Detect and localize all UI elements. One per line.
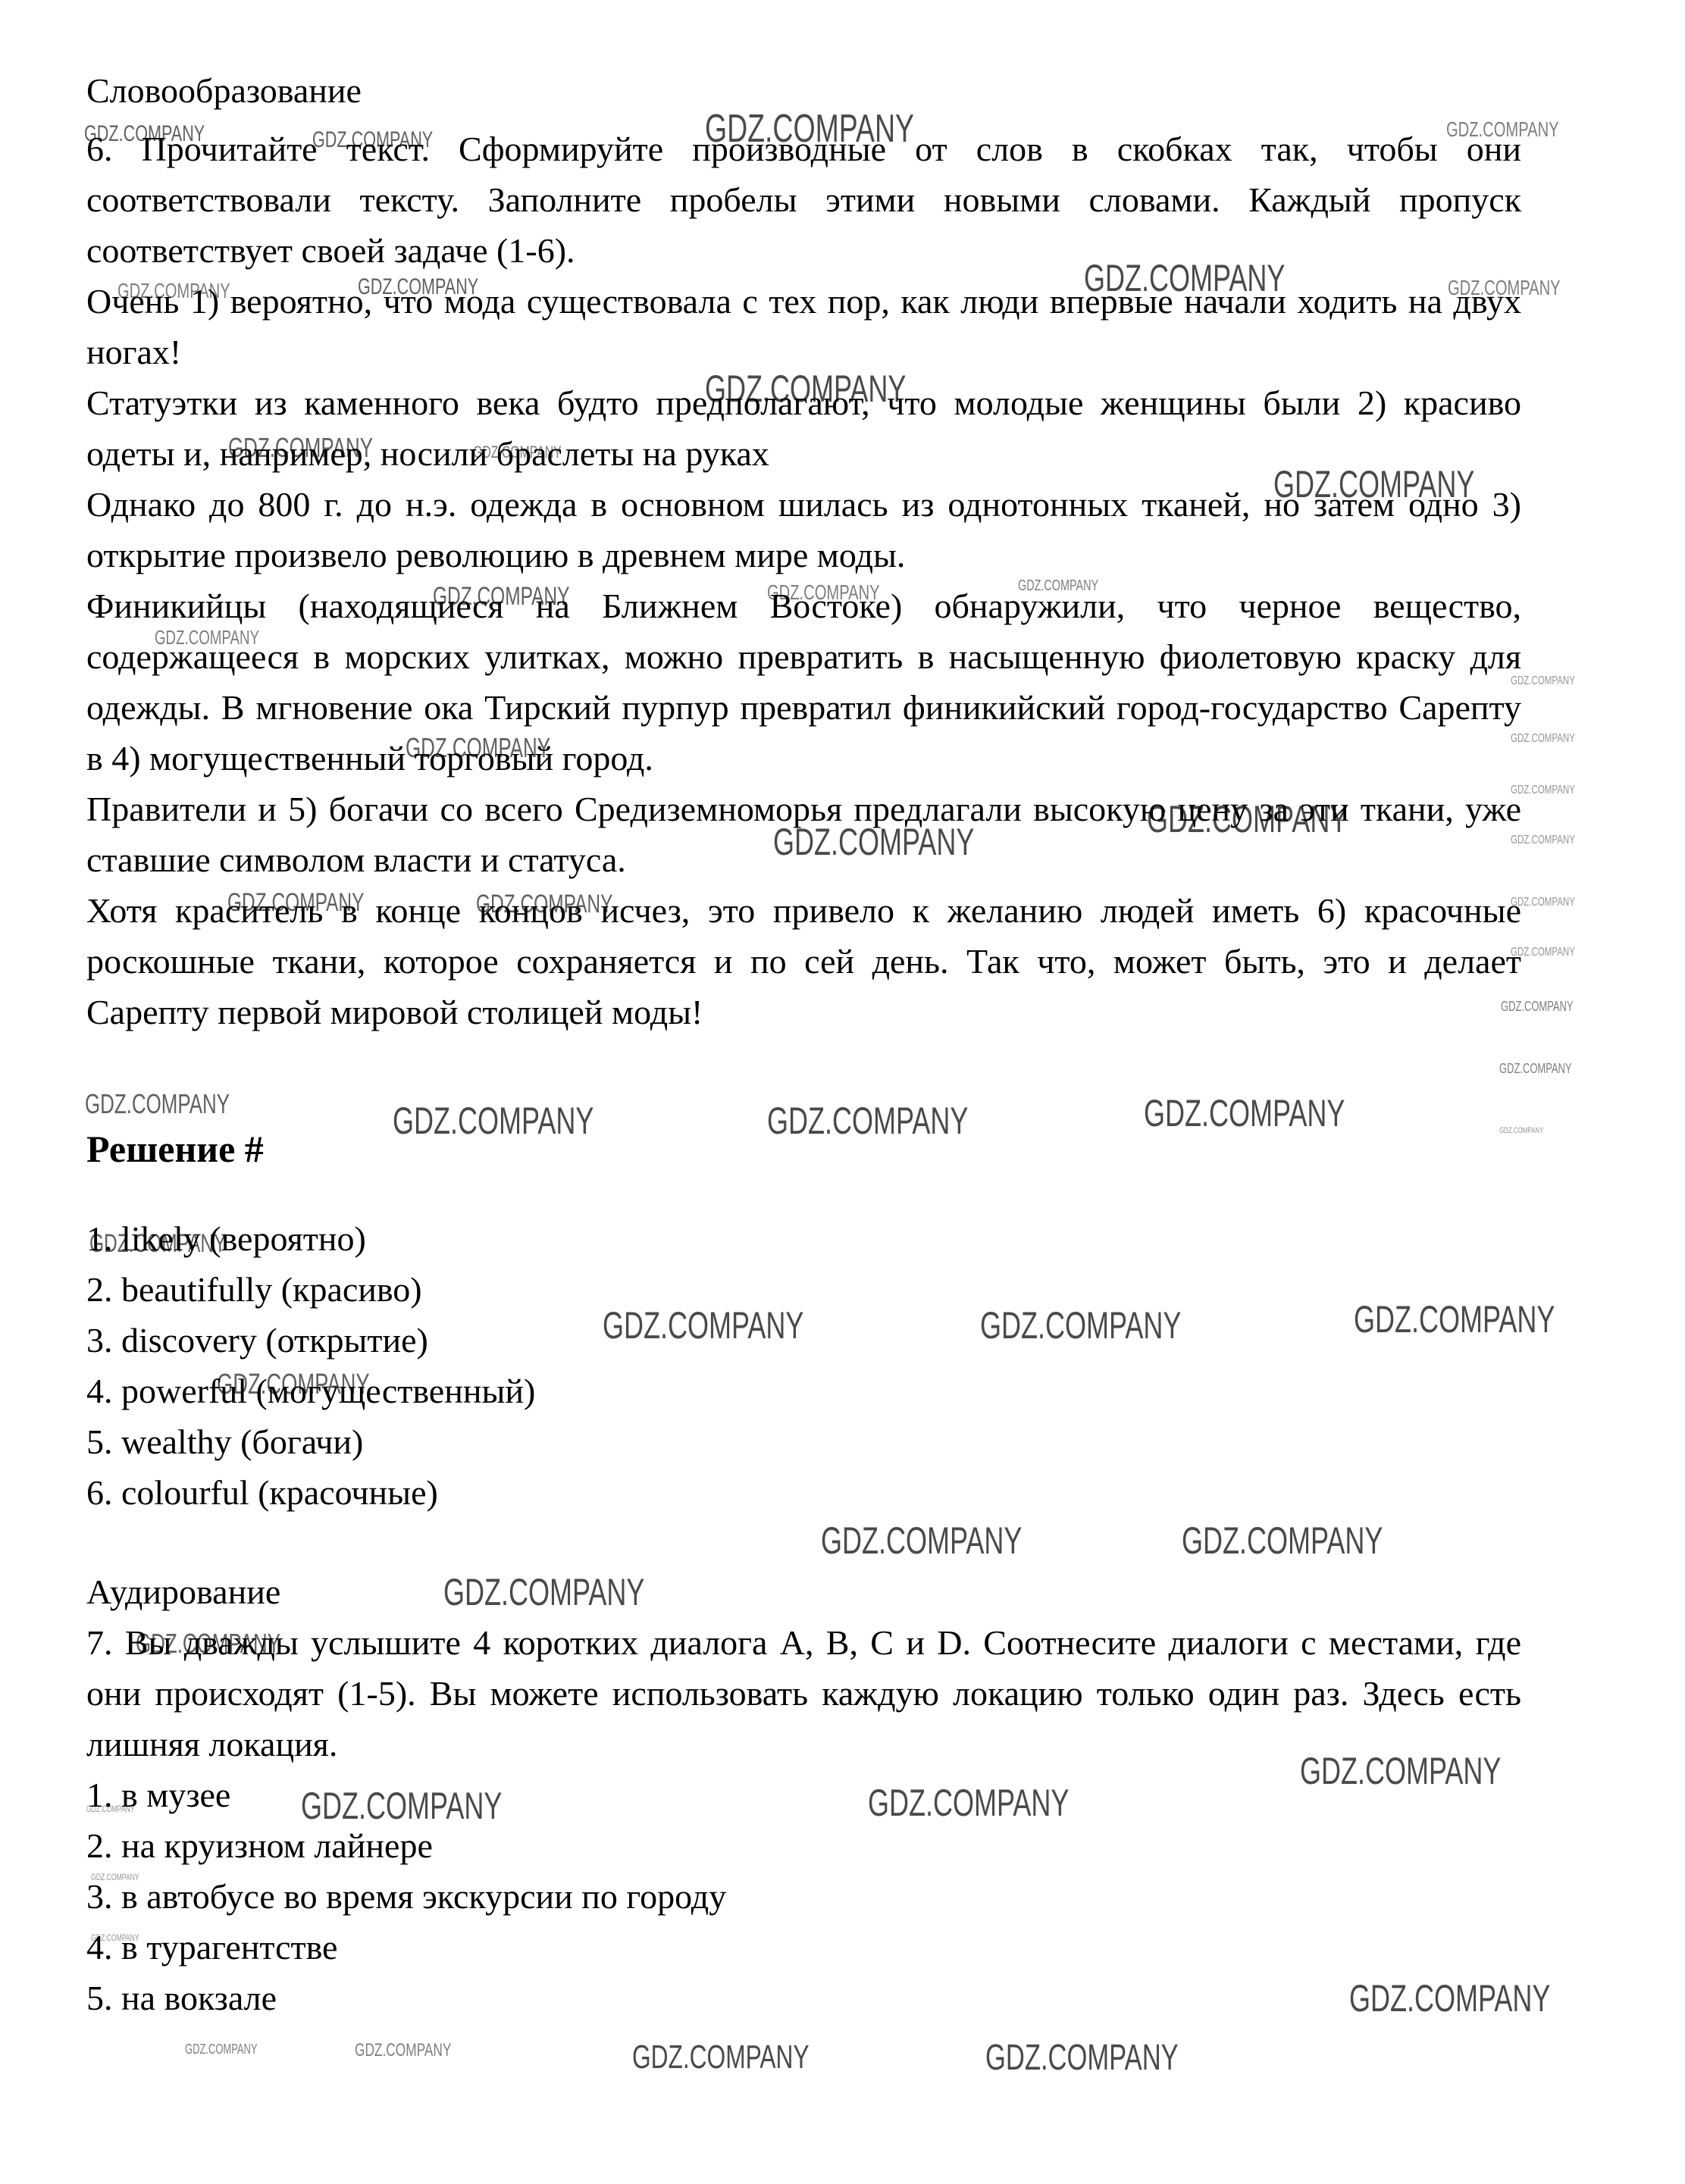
listening-option: 1. в музее [86, 1769, 1521, 1820]
listening-option: 4. в турагентстве [86, 1922, 1521, 1973]
task6-paragraph: Однако до 800 г. до н.э. одежда в основн… [86, 479, 1521, 580]
task6-paragraph: Финикийцы (находящиеся на Ближнем Восток… [86, 580, 1521, 784]
solution-header: Решение # [86, 1122, 1521, 1175]
task6-paragraph: Правители и 5) богачи со всего Средиземн… [86, 784, 1521, 885]
solution-list: 1. likely (вероятно) 2. beautifully (кра… [86, 1213, 1521, 1518]
solution-item: 3. discovery (открытие) [86, 1315, 1521, 1366]
watermark: GDZ.COMPANY [355, 2040, 451, 2061]
solution-item: 2. beautifully (красиво) [86, 1264, 1521, 1315]
document-page: Словообразование 6. Прочитайте текст. Сф… [0, 0, 1685, 2184]
watermark: GDZ.COMPANY [185, 2042, 258, 2057]
listening-option: 3. в автобусе во время экскурсии по горо… [86, 1871, 1521, 1922]
watermark: GDZ.COMPANY [985, 2037, 1179, 2079]
section-title-word-formation: Словообразование [86, 65, 1521, 116]
listening-option: 2. на круизном лайнере [86, 1820, 1521, 1871]
task6-paragraph: Статуэтки из каменного века будто предпо… [86, 377, 1521, 479]
listening-option: 5. на вокзале [86, 1973, 1521, 2023]
task6-paragraph: 6. Прочитайте текст. Сформируйте произво… [86, 124, 1521, 276]
task6-paragraph: Очень 1) вероятно, что мода существовала… [86, 276, 1521, 377]
solution-item: 4. powerful (могущественный) [86, 1366, 1521, 1416]
section-title-listening: Аудирование [86, 1566, 1521, 1617]
document-content: Словообразование 6. Прочитайте текст. Сф… [86, 65, 1521, 2023]
solution-item: 5. wealthy (богачи) [86, 1416, 1521, 1467]
solution-item: 1. likely (вероятно) [86, 1213, 1521, 1264]
solution-item: 6. colourful (красочные) [86, 1467, 1521, 1518]
task6-paragraph: Хотя краситель в конце концов исчез, это… [86, 885, 1521, 1037]
task7-paragraph: 7. Вы дважды услышите 4 коротких диалога… [86, 1617, 1521, 1769]
listening-options-list: 1. в музее 2. на круизном лайнере 3. в а… [86, 1769, 1521, 2023]
watermark: GDZ.COMPANY [632, 2039, 810, 2076]
